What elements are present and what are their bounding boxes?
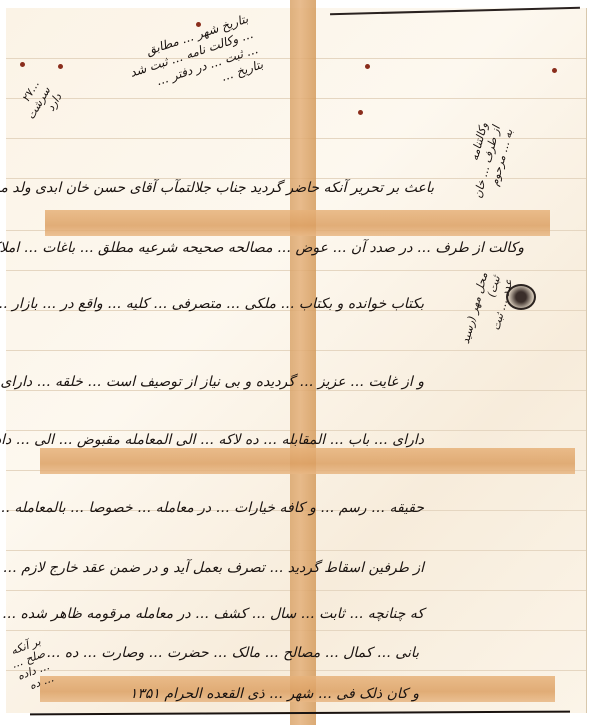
- body-line-8: که چنانچه … ثابت … سال … کشف … در معامله…: [24, 606, 424, 622]
- ink-stain: [20, 62, 25, 67]
- body-line-4: و از غایت … عزیز … گردیده و بی نیاز از ت…: [24, 374, 424, 390]
- body-line-2: وکالت از طرف … در صدد آن … عوض … مصالحه …: [34, 240, 524, 256]
- ink-stain: [358, 110, 363, 115]
- body-line-6: حقیقه … رسم … و کافه خیارات … در معامله …: [24, 500, 424, 516]
- tape-strip-horizontal-middle: [40, 448, 575, 474]
- body-line-10-date: و کان ذلک فی … شهر … ذی القعده الحرام ۱۳…: [29, 686, 419, 702]
- body-line-7: از طرفین اسقاط گردید … تصرف بعمل آید و د…: [24, 560, 424, 576]
- ink-stain: [58, 64, 63, 69]
- ink-stain: [365, 64, 370, 69]
- body-line-1: باعث بر تحریر آنکه حاضر گردید جناب جلالت…: [34, 180, 434, 196]
- tape-strip-horizontal-top: [45, 210, 550, 236]
- body-line-9: بانی … کمال … مصالح … مالک … حضرت … وصار…: [29, 645, 419, 661]
- body-line-5: دارای … باب … المقابله … ده لاکه … الی ا…: [24, 432, 424, 448]
- body-line-3: بکتاب خوانده و بکتاب … ملکی … متصرفی … ک…: [24, 296, 424, 312]
- ink-stain: [552, 68, 557, 73]
